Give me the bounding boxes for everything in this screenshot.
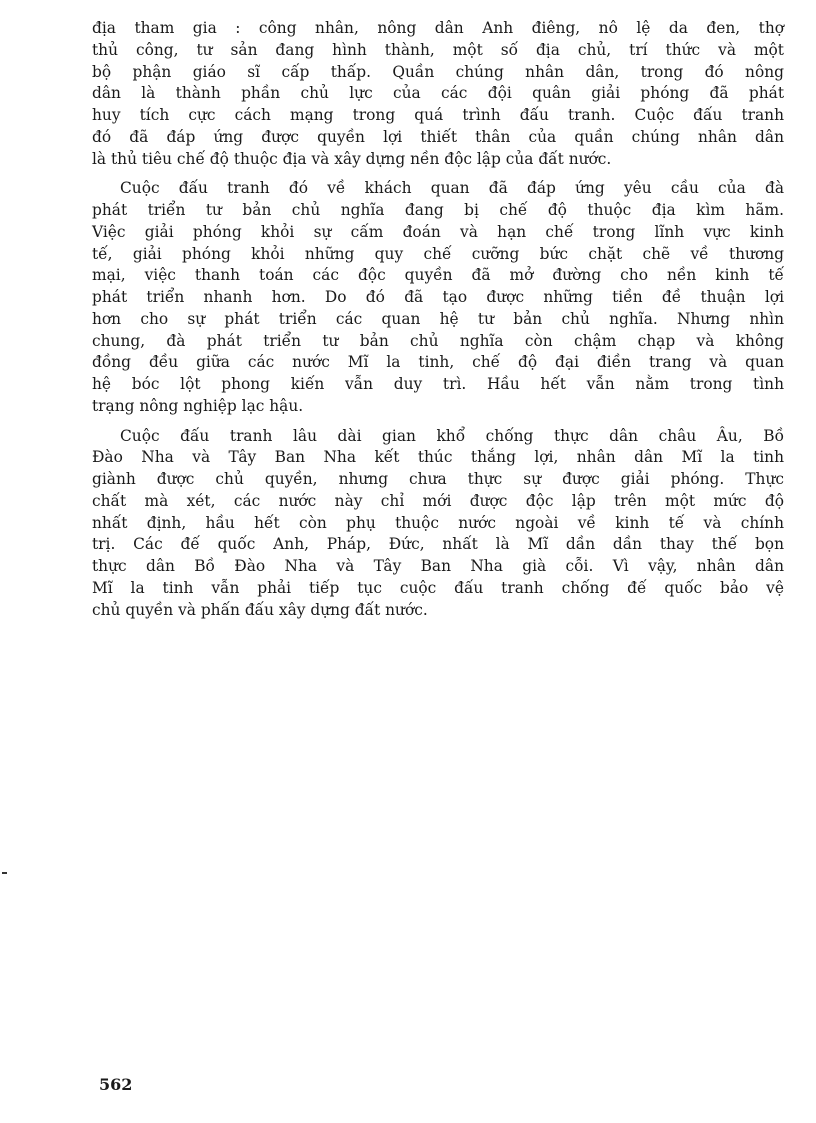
text-line: Việc giải phóng khỏi sự cấm đoán và hạn … (92, 222, 784, 244)
text-line: Mĩ la tinh vẫn phải tiếp tục cuộc đấu tr… (92, 578, 784, 600)
text-line: thực dân Bồ Đào Nha và Tây Ban Nha già c… (92, 556, 784, 578)
text-line: thủ công, tư sản đang hình thành, một số… (92, 40, 784, 62)
text-line: mại, việc thanh toán các độc quyền đã mở… (92, 265, 784, 287)
paragraph-3: Cuộc đấu tranh lâu dài gian khổ chống th… (92, 426, 784, 622)
paragraph-1: địa tham gia : công nhân, nông dân Anh đ… (92, 18, 784, 170)
text-line: tế, giải phóng khỏi những quy chế cưỡng … (92, 244, 784, 266)
body-text: địa tham gia : công nhân, nông dân Anh đ… (92, 18, 784, 629)
text-line: đó đã đáp ứng được quyền lợi thiết thân … (92, 127, 784, 149)
text-line: huy tích cực cách mạng trong quá trình đ… (92, 105, 784, 127)
text-line: giành được chủ quyền, nhưng chưa thực sự… (92, 469, 784, 491)
text-line: trị. Các đế quốc Anh, Pháp, Đức, nhất là… (92, 534, 784, 556)
text-line: hệ bóc lột phong kiến vẫn duy trì. Hầu h… (92, 374, 784, 396)
text-line: Cuộc đấu tranh đó về khách quan đã đáp ứ… (92, 178, 784, 200)
text-line: bộ phận giáo sĩ cấp thấp. Quần chúng nhâ… (92, 62, 784, 84)
text-line: chất mà xét, các nước này chỉ mới được đ… (92, 491, 784, 513)
text-line: phát triển nhanh hơn. Do đó đã tạo được … (92, 287, 784, 309)
text-line: chủ quyền và phấn đấu xây dựng đất nước. (92, 600, 784, 622)
text-line: chung, đà phát triển tư bản chủ nghĩa cò… (92, 331, 784, 353)
scan-speck (2, 872, 7, 874)
text-line: trạng nông nghiệp lạc hậu. (92, 396, 784, 418)
text-line: nhất định, hầu hết còn phụ thuộc nước ng… (92, 513, 784, 535)
paragraph-2: Cuộc đấu tranh đó về khách quan đã đáp ứ… (92, 178, 784, 417)
text-line: phát triển tư bản chủ nghĩa đang bị chế … (92, 200, 784, 222)
text-line: địa tham gia : công nhân, nông dân Anh đ… (92, 18, 784, 40)
page-number: 562 (99, 1075, 132, 1094)
text-line: Đào Nha và Tây Ban Nha kết thúc thắng lợ… (92, 447, 784, 469)
text-line: hơn cho sự phát triển các quan hệ tư bản… (92, 309, 784, 331)
text-line: đồng đều giữa các nước Mĩ la tinh, chế đ… (92, 352, 784, 374)
text-line: Cuộc đấu tranh lâu dài gian khổ chống th… (92, 426, 784, 448)
text-line: dân là thành phần chủ lực của các đội qu… (92, 83, 784, 105)
text-line: là thủ tiêu chế độ thuộc địa và xây dựng… (92, 149, 784, 171)
document-page: địa tham gia : công nhân, nông dân Anh đ… (0, 0, 816, 1123)
